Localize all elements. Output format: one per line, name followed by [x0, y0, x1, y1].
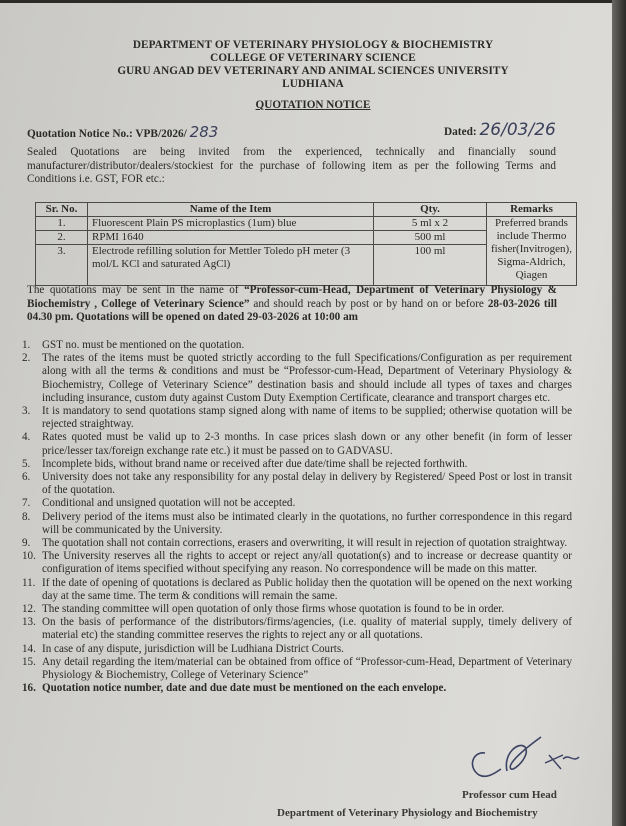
term-number: 6.: [22, 471, 42, 497]
term-number: 13.: [22, 616, 42, 642]
term-number: 15.: [22, 656, 42, 682]
term-number: 5.: [22, 458, 42, 471]
list-item: 9.The quotation shall not contain correc…: [22, 537, 572, 550]
term-text: Quotation notice number, date and due da…: [42, 682, 572, 695]
submission-paragraph: The quotations may be sent in the name o…: [27, 284, 557, 325]
notice-number: Quotation Notice No.: VPB/2026/ 283: [27, 123, 218, 141]
item-name: RPMI 1640: [88, 231, 374, 245]
remarks-cell: Preferred brands include Thermo fisher(I…: [487, 217, 577, 286]
list-item: 4.Rates quoted must be valid up to 2-3 m…: [22, 431, 572, 457]
term-text: Conditional and unsigned quotation will …: [42, 497, 572, 510]
term-number: 8.: [22, 511, 42, 537]
term-text: Delivery period of the items must also b…: [42, 511, 572, 537]
term-number: 1.: [22, 339, 42, 352]
term-text: Any detail regarding the item/material c…: [42, 656, 572, 682]
sr-no: 2.: [36, 231, 88, 245]
items-table: Sr. No. Name of the Item Qty. Remarks 1.…: [35, 202, 577, 286]
term-text: University does not take any responsibil…: [42, 471, 572, 497]
term-text: In case of any dispute, jurisdiction wil…: [42, 643, 572, 656]
item-name: Electrode refilling solution for Mettler…: [88, 245, 374, 286]
notice-number-label: Quotation Notice No.: VPB/2026/: [27, 128, 187, 140]
term-text: The standing committee will open quotati…: [42, 603, 572, 616]
photo-edge: [612, 0, 626, 826]
term-number: 9.: [22, 537, 42, 550]
list-item: 2.The rates of the items must be quoted …: [22, 352, 572, 405]
term-text: The quotation shall not contain correcti…: [42, 537, 572, 550]
header-college: COLLEGE OF VETERINARY SCIENCE: [0, 52, 626, 64]
term-text: The University reserves all the rights t…: [42, 550, 572, 576]
term-text: The rates of the items must be quoted st…: [42, 352, 572, 405]
intro-paragraph: Sealed Quotations are being invited from…: [27, 146, 556, 187]
sr-no: 1.: [36, 217, 88, 231]
term-text: Rates quoted must be valid up to 2-3 mon…: [42, 431, 572, 457]
page-title: QUOTATION NOTICE: [0, 99, 626, 111]
list-item: 15.Any detail regarding the item/materia…: [22, 656, 572, 682]
table-header-row: Sr. No. Name of the Item Qty. Remarks: [36, 203, 577, 217]
term-number: 12.: [22, 603, 42, 616]
list-item: 12.The standing committee will open quot…: [22, 603, 572, 616]
col-sr-no: Sr. No.: [36, 203, 88, 217]
submission-text-2: and should reach by post or by hand on o…: [249, 298, 487, 310]
term-text: On the basis of performance of the distr…: [42, 616, 572, 642]
term-number: 4.: [22, 431, 42, 457]
col-item-name: Name of the Item: [88, 203, 374, 217]
term-number: 7.: [22, 497, 42, 510]
term-number: 14.: [22, 643, 42, 656]
term-number: 2.: [22, 352, 42, 405]
term-text: It is mandatory to send quotations stamp…: [42, 405, 572, 431]
signature-icon: [445, 733, 585, 783]
item-qty: 5 ml x 2: [374, 217, 487, 231]
col-qty: Qty.: [374, 203, 487, 217]
term-number: 10.: [22, 550, 42, 576]
submission-text-1: The quotations may be sent in the name o…: [27, 284, 244, 296]
list-item: 7.Conditional and unsigned quotation wil…: [22, 497, 572, 510]
item-name: Fluorescent Plain PS microplastics (1um)…: [88, 217, 374, 231]
list-item: 13.On the basis of performance of the di…: [22, 616, 572, 642]
term-text: Incomplete bids, without brand name or r…: [42, 458, 572, 471]
notice-date: Dated: 26/03/26: [444, 120, 556, 140]
list-item: 14.In case of any dispute, jurisdiction …: [22, 643, 572, 656]
term-number: 11.: [22, 577, 42, 603]
list-item: 8.Delivery period of the items must also…: [22, 511, 572, 537]
list-item: 5.Incomplete bids, without brand name or…: [22, 458, 572, 471]
terms-list: 1.GST no. must be mentioned on the quota…: [22, 339, 572, 695]
list-item: 6.University does not take any responsib…: [22, 471, 572, 497]
signatory-title: Professor cum Head: [462, 789, 557, 801]
sr-no: 3.: [36, 245, 88, 286]
list-item: 16.Quotation notice number, date and due…: [22, 682, 572, 695]
dated-handwritten: 26/03/26: [479, 120, 555, 140]
dated-label: Dated:: [444, 126, 477, 138]
list-item: 10.The University reserves all the right…: [22, 550, 572, 576]
term-number: 3.: [22, 405, 42, 431]
term-text: GST no. must be mentioned on the quotati…: [42, 339, 572, 352]
item-qty: 500 ml: [374, 231, 487, 245]
header-department: DEPARTMENT OF VETERINARY PHYSIOLOGY & BI…: [0, 39, 626, 51]
col-remarks: Remarks: [487, 203, 577, 217]
document-page: DEPARTMENT OF VETERINARY PHYSIOLOGY & BI…: [0, 3, 612, 826]
list-item: 11.If the date of opening of quotations …: [22, 577, 572, 603]
term-number: 16.: [22, 682, 42, 695]
header-university: GURU ANGAD DEV VETERINARY AND ANIMAL SCI…: [0, 65, 626, 77]
table-row: 1. Fluorescent Plain PS microplastics (1…: [36, 217, 577, 231]
header-city: LUDHIANA: [0, 78, 626, 90]
list-item: 1.GST no. must be mentioned on the quota…: [22, 339, 572, 352]
item-qty: 100 ml: [374, 245, 487, 286]
signatory-department: Department of Veterinary Physiology and …: [277, 807, 538, 819]
notice-number-handwritten: 283: [190, 123, 219, 141]
term-text: If the date of opening of quotations is …: [42, 577, 572, 603]
list-item: 3.It is mandatory to send quotations sta…: [22, 405, 572, 431]
